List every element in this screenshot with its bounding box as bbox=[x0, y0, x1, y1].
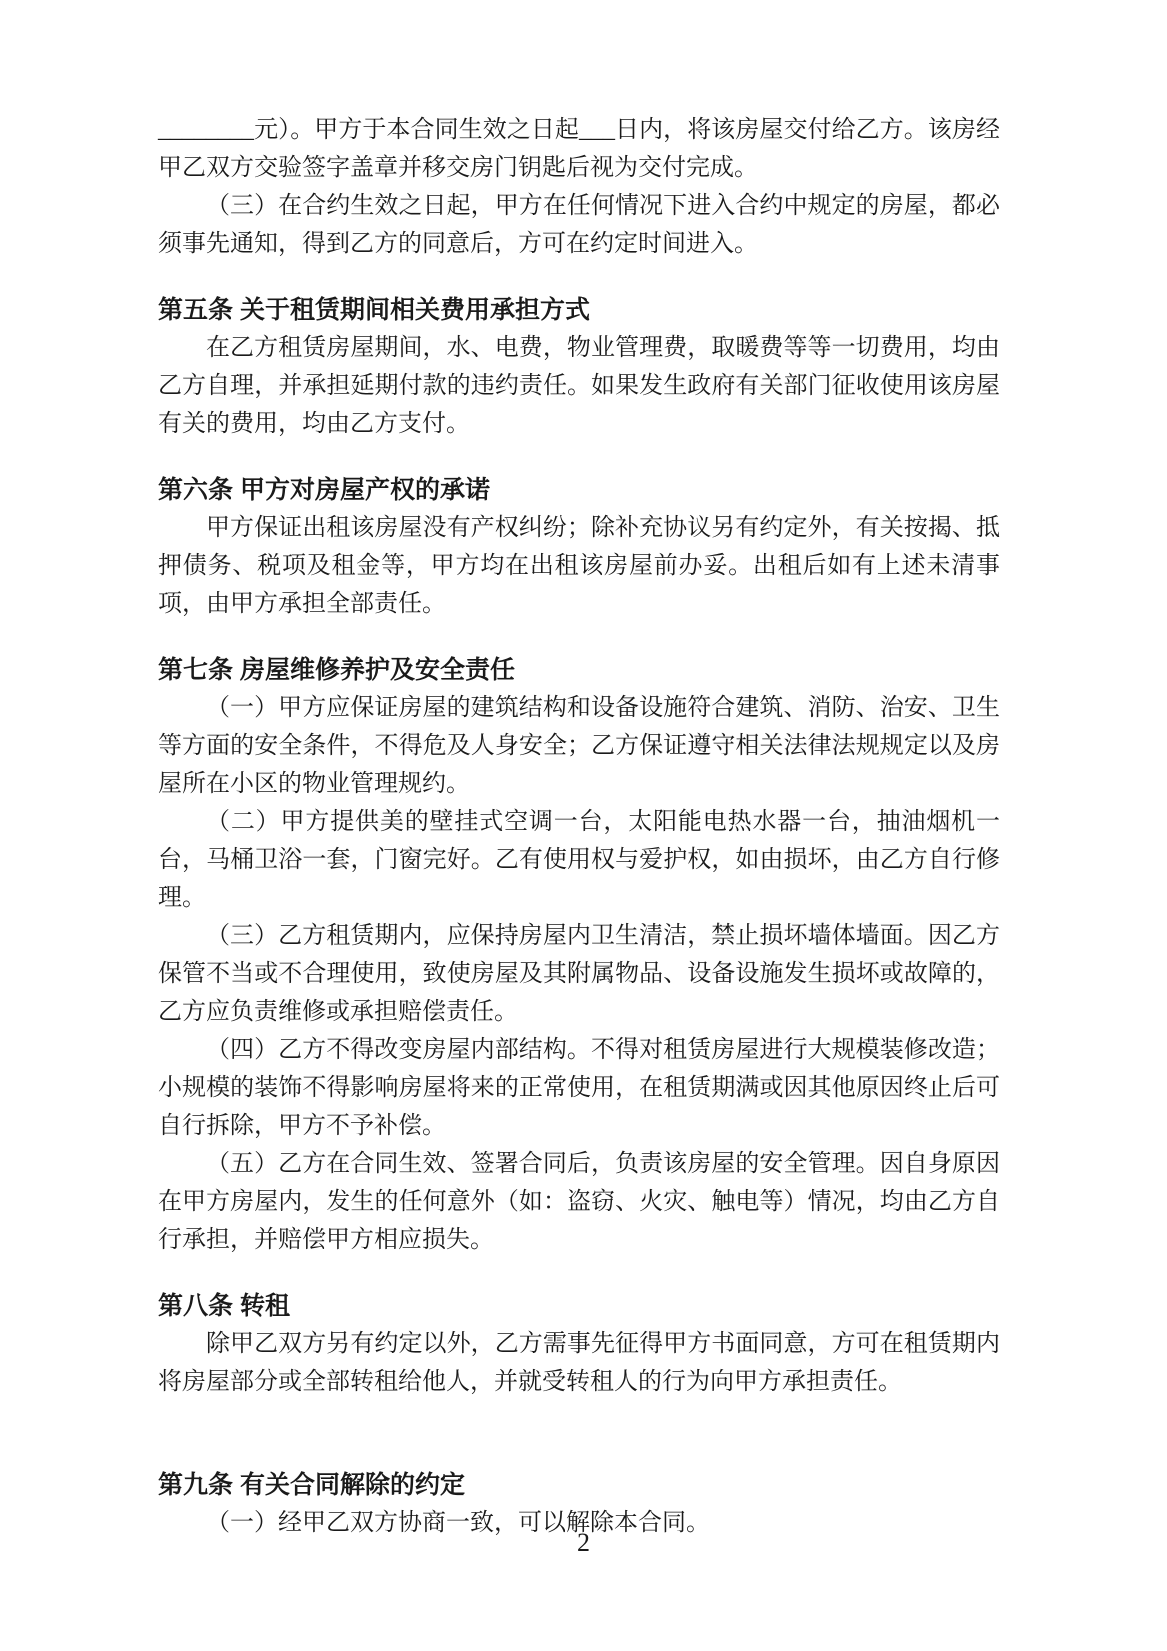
section-7-paragraph-4: （四）乙方不得改变房屋内部结构。不得对租赁房屋进行大规模装修改造；小规模的装饰不… bbox=[158, 1031, 1000, 1145]
section-7-paragraph-2: （二）甲方提供美的壁挂式空调一台，太阳能电热水器一台，抽油烟机一台，马桶卫浴一套… bbox=[158, 803, 1000, 917]
paragraph-entry-clause: （三）在合约生效之日起，甲方在任何情况下进入合约中规定的房屋，都必须事先通知，得… bbox=[158, 187, 1000, 263]
section-8-paragraph: 除甲乙双方另有约定以外，乙方需事先征得甲方书面同意，方可在租赁期内将房屋部分或全… bbox=[158, 1325, 1000, 1401]
section-6-heading: 第六条 甲方对房屋产权的承诺 bbox=[158, 471, 1000, 509]
section-7-paragraph-3: （三）乙方租赁期内，应保持房屋内卫生清洁，禁止损坏墙体墙面。因乙方保管不当或不合… bbox=[158, 917, 1000, 1031]
section-6-paragraph: 甲方保证出租该房屋没有产权纠纷；除补充协议另有约定外，有关按揭、抵押债务、税项及… bbox=[158, 509, 1000, 623]
section-9-heading: 第九条 有关合同解除的约定 bbox=[158, 1466, 1000, 1504]
contract-page: ________元）。甲方于本合同生效之日起___日内，将该房屋交付给乙方。该房… bbox=[0, 0, 1167, 1651]
section-5-heading: 第五条 关于租赁期间相关费用承担方式 bbox=[158, 291, 1000, 329]
section-8-heading: 第八条 转租 bbox=[158, 1287, 1000, 1325]
section-5-paragraph: 在乙方租赁房屋期间，水、电费，物业管理费，取暖费等等一切费用，均由乙方自理，并承… bbox=[158, 329, 1000, 443]
paragraph-delivery-continuation: ________元）。甲方于本合同生效之日起___日内，将该房屋交付给乙方。该房… bbox=[158, 111, 1000, 187]
contract-body: ________元）。甲方于本合同生效之日起___日内，将该房屋交付给乙方。该房… bbox=[158, 111, 1000, 1542]
page-number: 2 bbox=[0, 1528, 1167, 1558]
section-7-paragraph-5: （五）乙方在合同生效、签署合同后，负责该房屋的安全管理。因自身原因在甲方房屋内，… bbox=[158, 1145, 1000, 1259]
section-7-heading: 第七条 房屋维修养护及安全责任 bbox=[158, 651, 1000, 689]
section-7-paragraph-1: （一）甲方应保证房屋的建筑结构和设备设施符合建筑、消防、治安、卫生等方面的安全条… bbox=[158, 689, 1000, 803]
